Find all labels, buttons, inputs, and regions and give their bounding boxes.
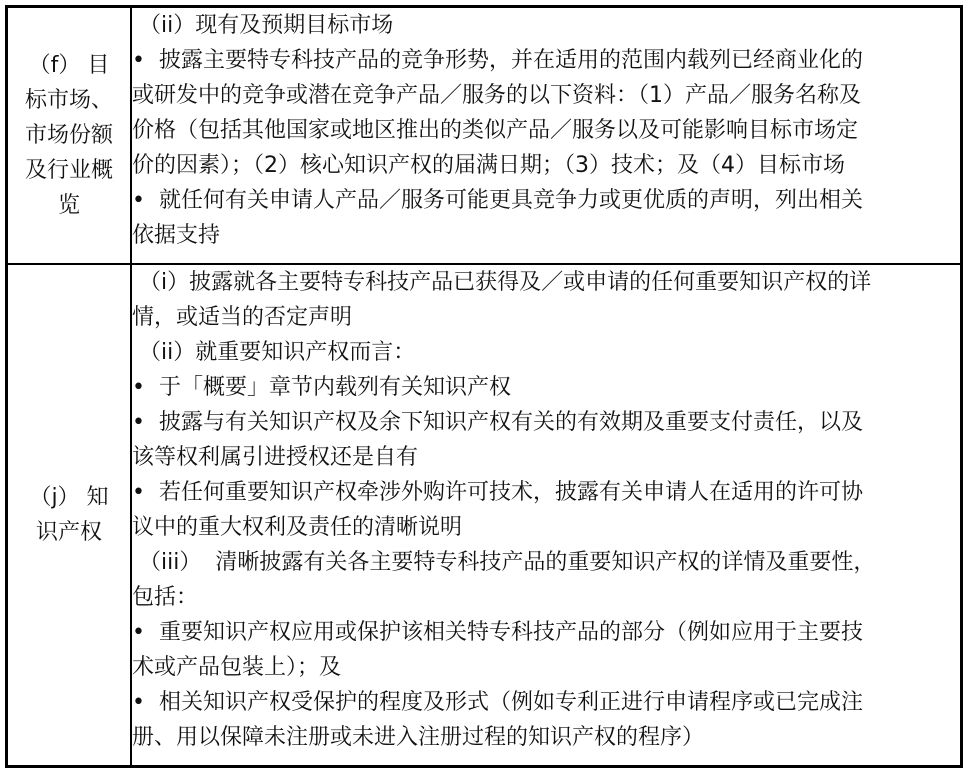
content-text-line: 价的因素）；（2）核心知识产权的届满日期；（3）技术；及（4）目标市场 — [132, 148, 960, 183]
row-label-intellectual-property: （j） 知 识产权 — [8, 480, 130, 550]
content-text-line: 该等权利属引进授权还是自有 — [132, 440, 960, 475]
label-text-line: （f） 目 — [8, 48, 130, 83]
content-text-line: • 于「概要」章节内载列有关知识产权 — [132, 370, 960, 405]
label-text-line: （j） 知 — [8, 480, 130, 515]
row-label-target-market: （f） 目 标市场、 市场份额 及行业概 览 — [8, 48, 130, 223]
content-text-line: （iii） 清晰披露有关各主要特专科技产品的重要知识产权的详情及重要性， — [132, 545, 960, 580]
content-text-line: （ii）就重要知识产权而言： — [132, 335, 960, 370]
document-page: （f） 目 标市场、 市场份额 及行业概 览 — [0, 0, 979, 780]
content-text-line: 或研发中的竞争或潜在竞争产品／服务的以下资料：（1）产品／服务名称及 — [132, 78, 960, 113]
content-text-line: 价格（包括其他国家或地区推出的类似产品／服务以及可能影响目标市场定 — [132, 113, 960, 148]
content-text-line: （ii）现有及预期目标市场 — [132, 8, 960, 43]
content-text-line: 包括： — [132, 580, 960, 615]
content-text-line: • 披露与有关知识产权及余下知识产权有关的有效期及重要支付责任，以及 — [132, 405, 960, 440]
label-text-line: 览 — [8, 188, 130, 223]
content-text-line: 议中的重大权利及责任的清晰说明 — [132, 510, 960, 545]
table-row-intellectual-property: （j） 知 识产权 （i）披露就各主要特专科技产品已获得及／或申请的任何重要知识… — [7, 264, 962, 767]
label-text-line: 市场份额 — [8, 118, 130, 153]
label-text-line: 及行业概 — [8, 153, 130, 188]
content-cell-intellectual-property: （i）披露就各主要特专科技产品已获得及／或申请的任何重要知识产权的详 情，或适当… — [131, 264, 962, 767]
content-text-line: • 披露主要特专科技产品的竞争形势，并在适用的范围内载列已经商业化的 — [132, 43, 960, 78]
label-text-line: 标市场、 — [8, 83, 130, 118]
content-text-line: 情，或适当的否定声明 — [132, 300, 960, 335]
content-text-line: • 重要知识产权应用或保护该相关特专科技产品的部分（例如应用于主要技 — [132, 615, 960, 650]
row-content-target-market: （ii）现有及预期目标市场 • 披露主要特专科技产品的竞争形势，并在适用的范围内… — [132, 8, 960, 253]
content-cell-target-market: （ii）现有及预期目标市场 • 披露主要特专科技产品的竞争形势，并在适用的范围内… — [131, 7, 962, 265]
label-cell-target-market: （f） 目 标市场、 市场份额 及行业概 览 — [7, 7, 132, 265]
row-content-intellectual-property: （i）披露就各主要特专科技产品已获得及／或申请的任何重要知识产权的详 情，或适当… — [132, 265, 960, 755]
listing-rules-table: （f） 目 标市场、 市场份额 及行业概 览 — [5, 5, 963, 768]
label-text-line: 识产权 — [8, 515, 130, 550]
content-text-line: • 就任何有关申请人产品／服务可能更具竞争力或更优质的声明，列出相关 — [132, 183, 960, 218]
content-text-line: （i）披露就各主要特专科技产品已获得及／或申请的任何重要知识产权的详 — [132, 265, 960, 300]
content-text-line: 依据支持 — [132, 218, 960, 253]
content-text-line: 册、用以保障未注册或未进入注册过程的知识产权的程序） — [132, 720, 960, 755]
table-row-target-market: （f） 目 标市场、 市场份额 及行业概 览 — [7, 7, 962, 265]
label-cell-intellectual-property: （j） 知 识产权 — [7, 264, 132, 767]
content-text-line: • 相关知识产权受保护的程度及形式（例如专利正进行申请程序或已完成注 — [132, 685, 960, 720]
content-text-line: 术或产品包装上）；及 — [132, 650, 960, 685]
content-text-line: • 若任何重要知识产权牵涉外购许可技术，披露有关申请人在适用的许可协 — [132, 475, 960, 510]
